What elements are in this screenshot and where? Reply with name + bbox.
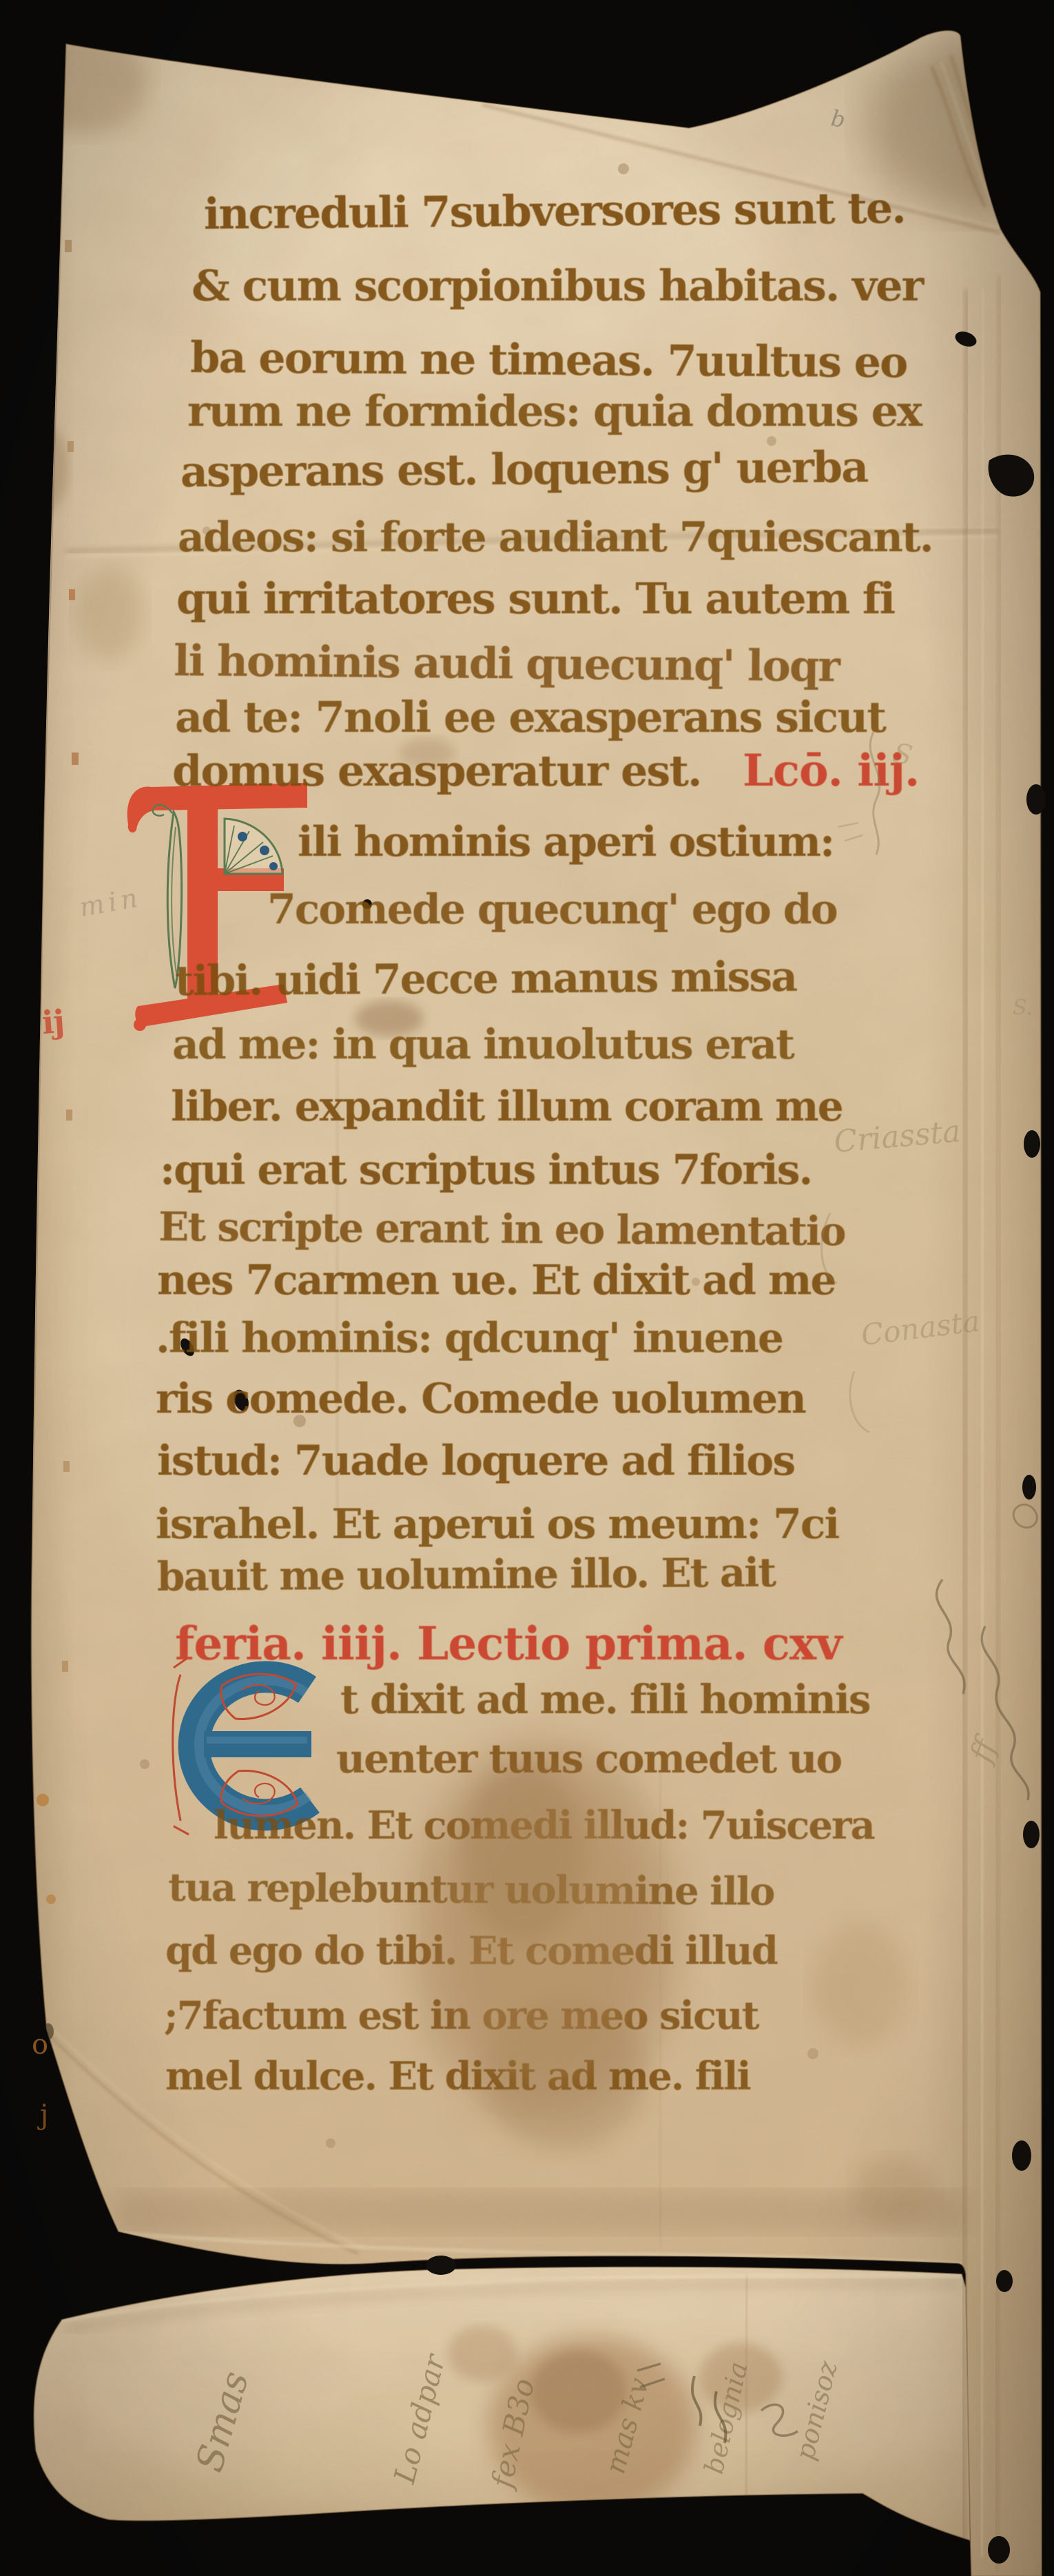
manuscript-scene: ij o j min increduli 7 (0, 0, 1054, 2576)
photograph-of-manuscript: ij o j min increduli 7 (0, 0, 1054, 2576)
photo-vignette (0, 0, 1054, 2576)
